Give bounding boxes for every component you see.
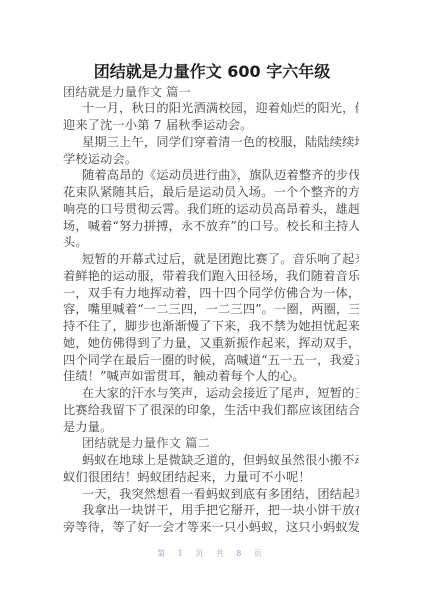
paragraph-line: 佳绩！”喊声如雷贯耳，触动着每个人的心。 — [63, 368, 359, 385]
document-body: 团结就是力量作文 篇一 十一月，秋日的阳光洒满校园，迎着灿烂的阳光，伴着收获的喜… — [63, 84, 359, 536]
paragraph-line: 她，她仿佛得到了力量，又重新振作起来，挥动双手，合上我们的节拍，四十 — [63, 335, 359, 352]
paragraph-line: 一天，我突然想看一看蚂蚁到底有多团结，团结起来力量有多大！ — [63, 486, 359, 503]
page-number-footer: 第 1 页 共 8 页 — [0, 549, 424, 559]
paragraph-line: 我拿出一块饼干，用手把它掰开，把一块小饼干放在地上，我静静的在一 — [63, 502, 359, 519]
paragraph-line: 蚂蚁在地球上是微缺乏道的，但蚂蚁虽然很小搬不动很大的食物，但是蚂 — [63, 452, 359, 469]
paragraph-line: 在大家的汗水与笑声，运动会接近了尾声，短暂的三天就要结束了。团跑 — [63, 385, 359, 402]
document-page: 团结就是力量作文 600 字六年级 团结就是力量作文 篇一 十一月，秋日的阳光洒… — [0, 0, 424, 600]
paragraph-line: 星期三上午，同学们穿着清一色的校服，陆陆续续地走进校园——今天是 — [63, 134, 359, 151]
paragraph-line: 是力量。 — [63, 419, 359, 436]
paragraph-line: 场，喊着“努力拼搏，永不放弃”的口号。校长和主持人在台上笑着向我们点 — [63, 218, 359, 235]
paragraph-line: 比赛给我留下了很深的印象，生活中我们都应该团结合作，互帮互助，团结就 — [63, 402, 359, 419]
section-heading-2: 团结就是力量作文 篇二 — [63, 435, 359, 452]
paragraph-line: 头。 — [63, 234, 359, 251]
section-heading-1: 团结就是力量作文 篇一 — [63, 84, 359, 101]
paragraph-line: 四个同学在最后一圈的时候，高喊道“五一五一，我爱五一，团结一心，共创 — [63, 352, 359, 369]
paragraph-line: 着鲜艳的运动服，带着我们跑入田径场，我们随着音乐跑动起来，脚步整齐划 — [63, 268, 359, 285]
paragraph-line: 学校运动会。 — [63, 151, 359, 168]
paragraph-line: 响亮的口号贯彻云霄。我们班的运动员高昂着头，雄赳赳气昂昂的踏入田径 — [63, 201, 359, 218]
paragraph-line: 花束队紧随其后，最后是运动员入场。一个个整齐的方阵迈过主席台，一声声 — [63, 184, 359, 201]
paragraph-line: 容，嘴里喊着“一二三四，一二三四”。一圈，两圈，三圈，呀，有个同学坚 — [63, 301, 359, 318]
paragraph-line: 一，双手有力地挥动着，四十四个同学仿佛合为一体，每个人脸上都挂着笑 — [63, 285, 359, 302]
paragraph-line: 旁等待，等了好一会才等来一只小蚂蚁，这只小蚂蚁发现饼干后，马上爬过 — [63, 519, 359, 536]
paragraph-line: 迎来了沈一小第 7 届秋季运动会。 — [63, 117, 359, 134]
document-title: 团结就是力量作文 600 字六年级 — [0, 62, 424, 82]
paragraph-line: 持不住了，脚步也渐渐慢了下来，我不禁为她担忧起来，旁边的同学轻声鼓励 — [63, 318, 359, 335]
paragraph-line: 短暂的开幕式过后，就是团跑比赛了。音乐响了起来，我们班的马晨昱穿 — [63, 251, 359, 268]
paragraph-line: 蚁们很团结！蚂蚁团结起来，力量可不小呢！ — [63, 469, 359, 486]
paragraph-line: 随着高昂的《运动员进行曲》，旗队迈着整齐的步伐走进田径场，彩旗队和 — [63, 167, 359, 184]
paragraph-line: 十一月，秋日的阳光洒满校园，迎着灿烂的阳光，伴着收获的喜悦，我们 — [63, 100, 359, 117]
